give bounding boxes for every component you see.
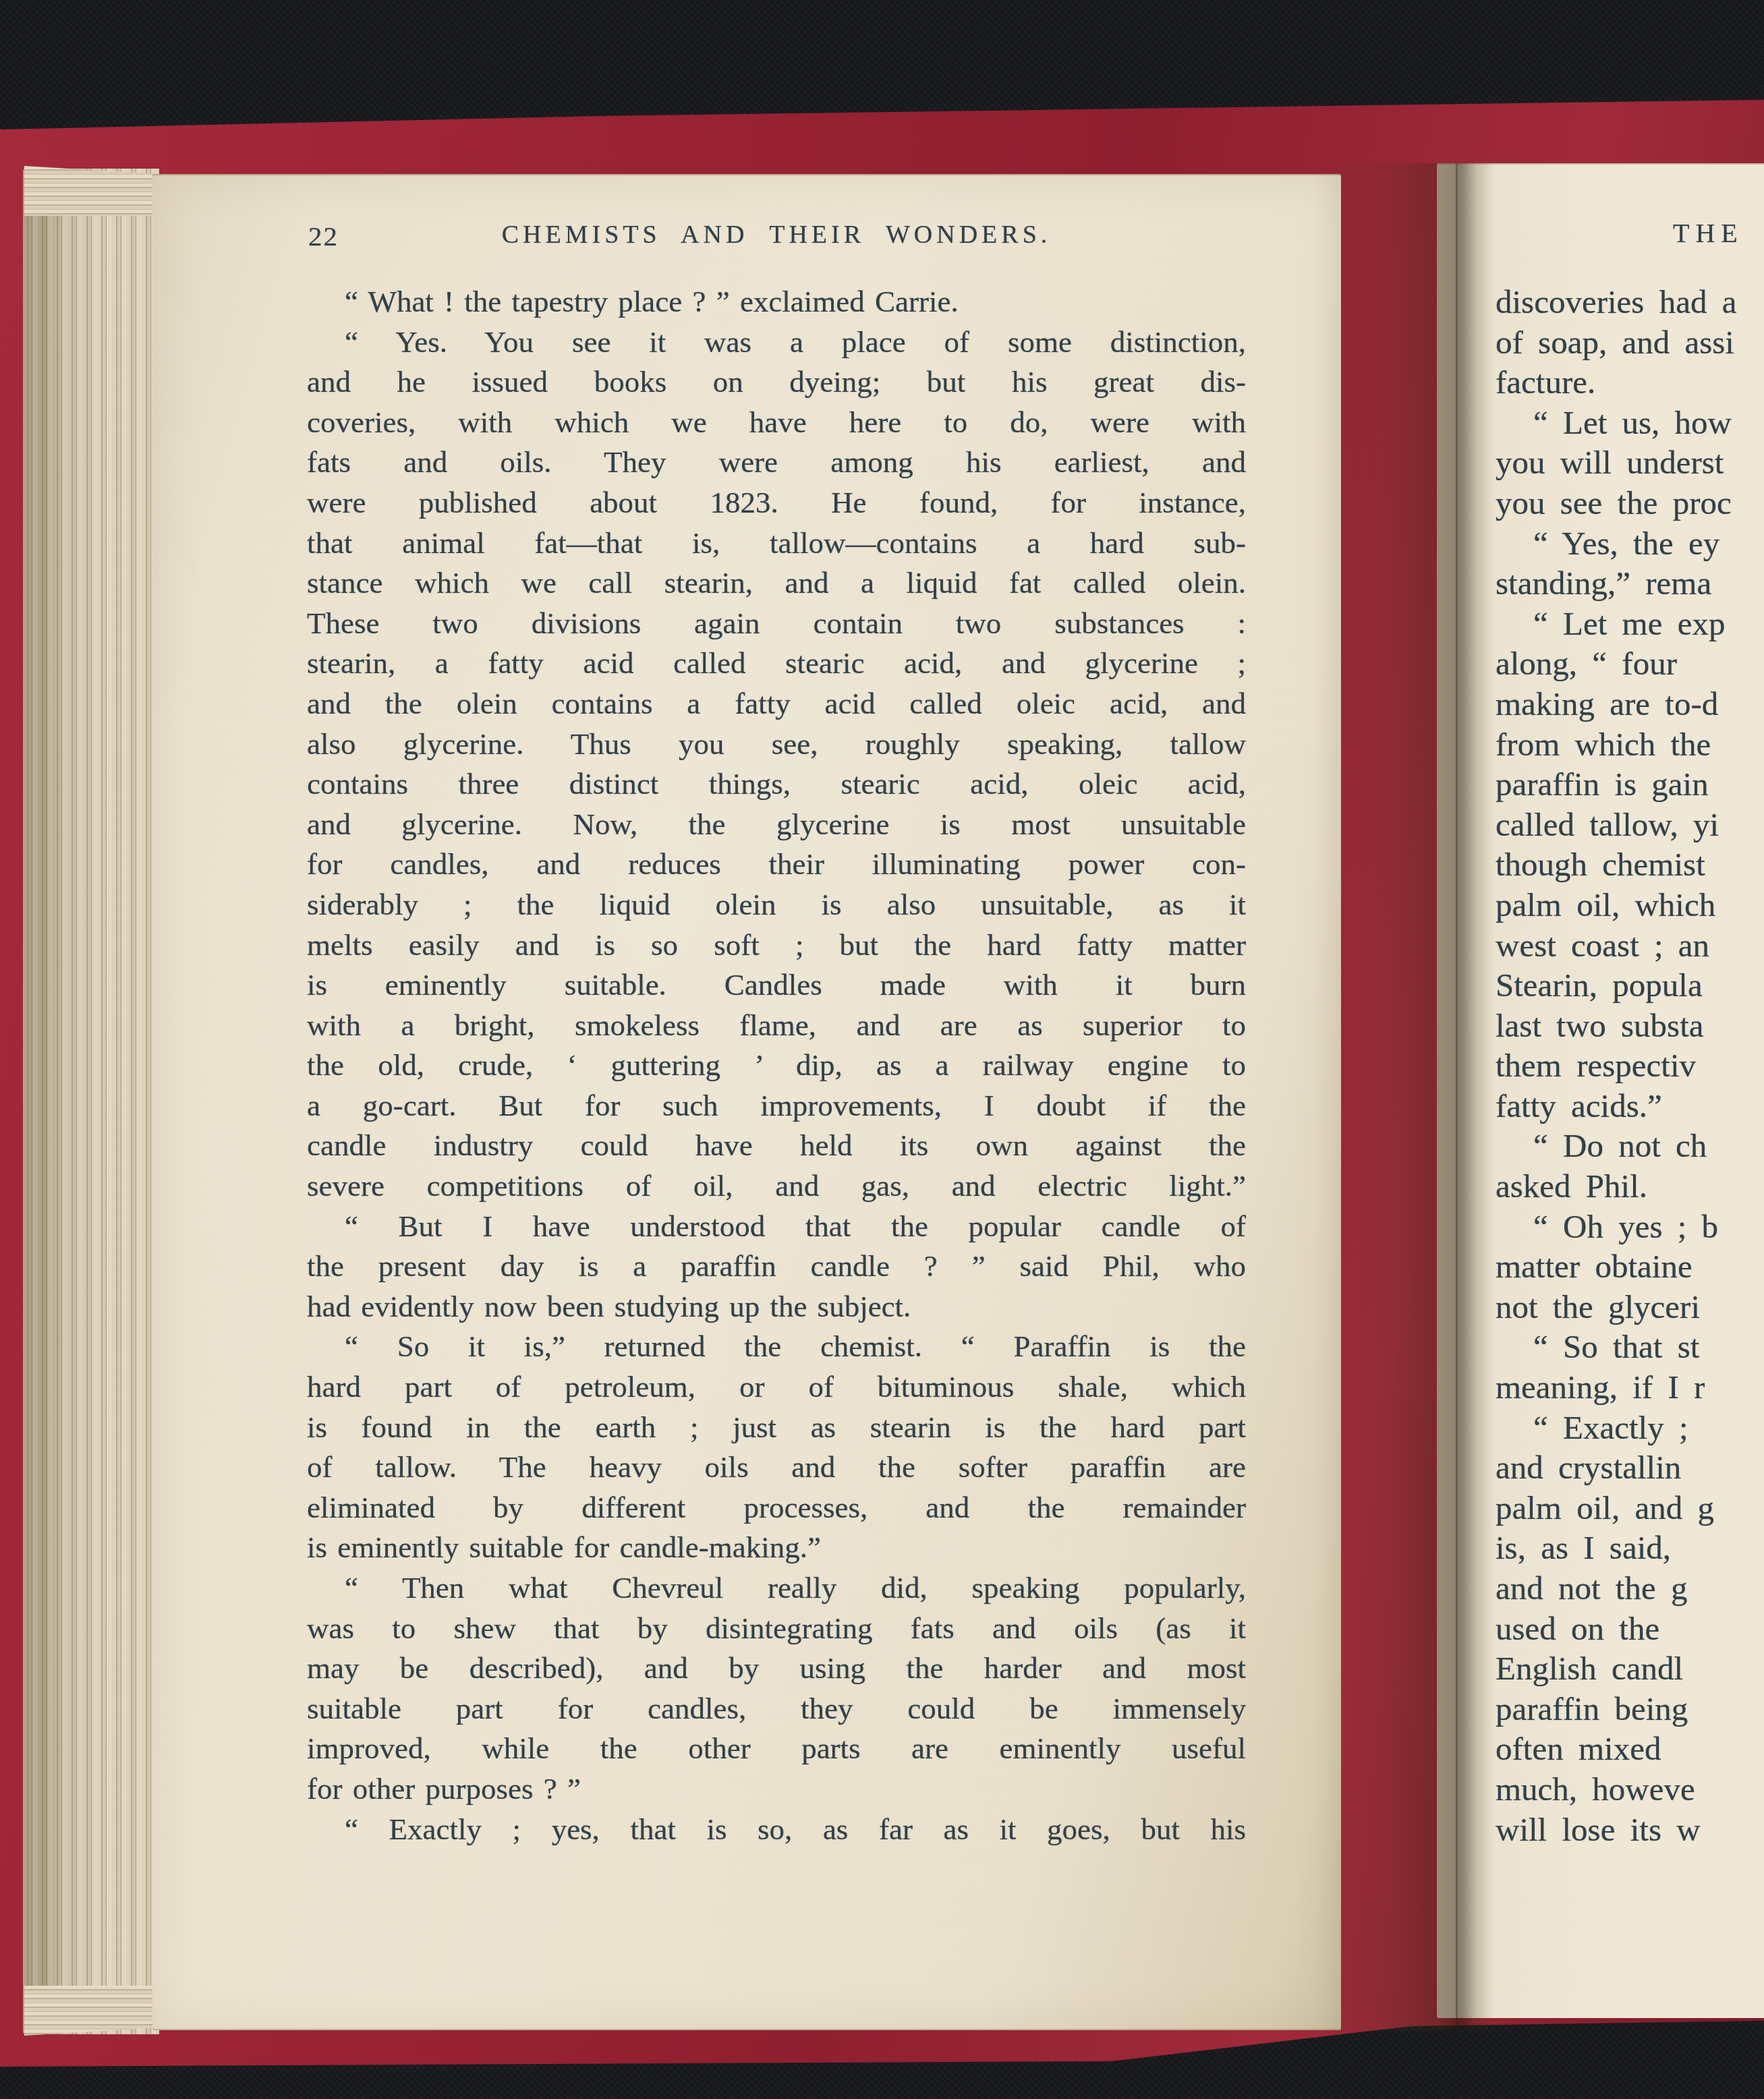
text-line: is, as I said, <box>1496 1528 1764 1568</box>
text-line: paraffin being <box>1496 1689 1764 1729</box>
text-line: contains three distinct things, stearic … <box>307 764 1246 805</box>
text-line: “ Exactly ; <box>1496 1408 1764 1448</box>
text-line: “ Let me exp <box>1496 604 1764 644</box>
text-line: and he issued books on dyeing; but his g… <box>307 362 1246 403</box>
text-line: much, howeve <box>1496 1769 1764 1810</box>
text-line: the old, crude, ‘ guttering ’ dip, as a … <box>307 1045 1246 1086</box>
text-line: paraffin is gain <box>1496 764 1764 805</box>
text-line: eliminated by different processes, and t… <box>307 1488 1246 1528</box>
book-photo: 22 CHEMISTS AND THEIR WONDERS. THE W “ W… <box>0 0 1764 2099</box>
text-line: These two divisions again contain two su… <box>307 604 1246 644</box>
text-line: standing,” rema <box>1496 563 1764 604</box>
running-header: CHEMISTS AND THEIR WONDERS. <box>307 220 1246 250</box>
text-line: them respectiv <box>1496 1045 1764 1086</box>
text-line: had evidently now been studying up the s… <box>307 1287 1246 1327</box>
text-line: “ Do not ch <box>1496 1126 1764 1166</box>
text-line: improved, while the other parts are emin… <box>307 1729 1246 1769</box>
text-line: called tallow, yi <box>1496 805 1764 845</box>
text-line: not the glyceri <box>1496 1287 1764 1327</box>
text-line: hard part of petroleum, or of bituminous… <box>307 1367 1246 1408</box>
text-line: last two substa <box>1496 1006 1764 1046</box>
text-line: often mixed <box>1496 1729 1764 1769</box>
right-page-header-fragment: THE W <box>1673 217 1764 249</box>
text-line: siderably ; the liquid olein is also uns… <box>307 885 1246 925</box>
text-line: stearin, a fatty acid called stearic aci… <box>307 643 1246 684</box>
page-edges-left <box>23 169 159 2034</box>
right-page-text: discoveries had aof soap, and assifactur… <box>1496 282 1764 1849</box>
text-line: palm oil, which <box>1496 885 1764 925</box>
text-line: “ Yes, the ey <box>1496 523 1764 564</box>
text-line: that animal fat—that is, tallow—contains… <box>307 523 1246 564</box>
text-line: the present day is a paraffin candle ? ”… <box>307 1246 1246 1287</box>
page-number: 22 <box>308 220 339 252</box>
text-line: “ So it is,” returned the chemist. “ Par… <box>307 1327 1246 1367</box>
text-line: facture. <box>1496 362 1764 403</box>
text-line: you see the proc <box>1496 483 1764 523</box>
text-line: with a bright, smokeless flame, and are … <box>307 1006 1246 1046</box>
text-line: west coast ; an <box>1496 925 1764 966</box>
text-line: and the olein contains a fatty acid call… <box>307 684 1246 724</box>
text-line: Stearin, popula <box>1496 965 1764 1006</box>
text-line: a go-cart. But for such improvements, I … <box>307 1086 1246 1126</box>
text-line: “ Let us, how <box>1496 403 1764 443</box>
text-line: and glycerine. Now, the glycerine is mos… <box>307 805 1246 845</box>
text-line: “ Yes. You see it was a place of some di… <box>307 322 1246 363</box>
left-page-header-row: 22 CHEMISTS AND THEIR WONDERS. <box>307 220 1246 258</box>
text-line: melts easily and is so soft ; but the ha… <box>307 925 1246 966</box>
text-line: will lose its w <box>1496 1810 1764 1850</box>
text-line: “ What ! the tapestry place ? ” exclaime… <box>307 282 1246 322</box>
text-line: fatty acids.” <box>1496 1086 1764 1126</box>
text-line: “ Then what Chevreul really did, speakin… <box>307 1568 1246 1609</box>
text-line: from which the <box>1496 724 1764 765</box>
text-line: “ Exactly ; yes, that is so, as far as i… <box>307 1810 1246 1850</box>
text-line: coveries, with which we have here to do,… <box>307 403 1246 443</box>
text-line: for candles, and reduces their illuminat… <box>307 844 1246 885</box>
text-line: is eminently suitable. Candles made with… <box>307 965 1246 1006</box>
text-line: “ Oh yes ; b <box>1496 1207 1764 1247</box>
text-line: and crystallin <box>1496 1447 1764 1488</box>
text-line: asked Phil. <box>1496 1166 1764 1207</box>
text-line: were published about 1823. He found, for… <box>307 483 1246 523</box>
text-line: stance which we call stearin, and a liqu… <box>307 563 1246 604</box>
text-line: candle industry could have held its own … <box>307 1126 1246 1166</box>
text-line: was to shew that by disintegrating fats … <box>307 1609 1246 1649</box>
text-line: for other purposes ? ” <box>307 1769 1246 1810</box>
text-line: may be described), and by using the hard… <box>307 1648 1246 1689</box>
text-line: though chemist <box>1496 844 1764 885</box>
text-line: meaning, if I r <box>1496 1367 1764 1408</box>
text-line: English candl <box>1496 1648 1764 1689</box>
text-line: making are to-d <box>1496 684 1764 724</box>
text-line: severe competitions of oil, and gas, and… <box>307 1166 1246 1207</box>
text-line: of soap, and assi <box>1496 322 1764 363</box>
text-line: is eminently suitable for candle-making.… <box>307 1528 1246 1568</box>
text-line: matter obtaine <box>1496 1246 1764 1287</box>
text-line: also glycerine. Thus you see, roughly sp… <box>307 724 1246 765</box>
left-page-text: “ What ! the tapestry place ? ” exclaime… <box>307 282 1246 1849</box>
text-line: “ But I have understood that the popular… <box>307 1207 1246 1247</box>
text-line: along, “ four <box>1496 643 1764 684</box>
text-line: of tallow. The heavy oils and the softer… <box>307 1447 1246 1488</box>
text-line: used on the <box>1496 1609 1764 1649</box>
text-line: discoveries had a <box>1496 282 1764 322</box>
text-line: you will underst <box>1496 442 1764 483</box>
text-line: fats and oils. They were among his earli… <box>307 442 1246 483</box>
text-line: palm oil, and g <box>1496 1488 1764 1528</box>
text-line: is found in the earth ; just as stearin … <box>307 1408 1246 1448</box>
text-line: and not the g <box>1496 1568 1764 1609</box>
text-line: “ So that st <box>1496 1327 1764 1367</box>
text-line: suitable part for candles, they could be… <box>307 1689 1246 1729</box>
